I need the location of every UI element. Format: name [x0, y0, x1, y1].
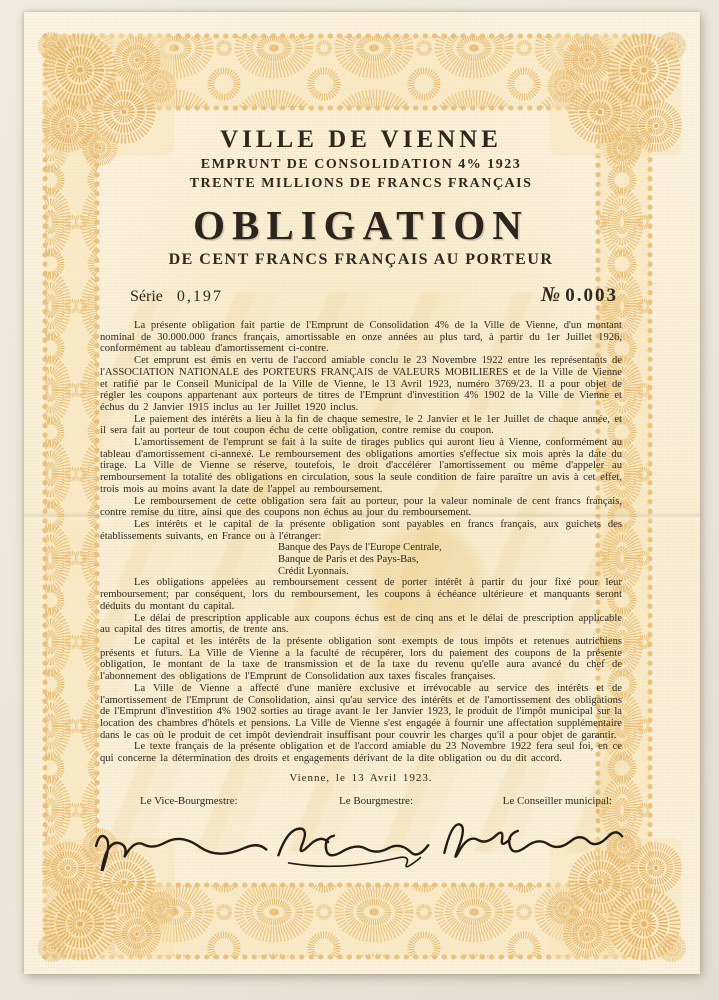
banks-list: Banque des Pays de l'Europe Centrale, Ba…	[278, 542, 622, 577]
bank-item: Banque des Pays de l'Europe Centrale,	[278, 542, 622, 554]
body-paragraph: Le paiement des intérêts a lieu à la fin…	[100, 414, 622, 437]
signature-label-bourgmestre: Le Bourgmestre:	[297, 795, 454, 807]
dateline: Vienne, le 13 Avril 1923.	[100, 772, 622, 784]
photo-backdrop: { "colors":{"accent_gold":"#e9ba6e","acc…	[0, 0, 719, 1000]
certificate-content: VILLE DE VIENNE EMPRUNT DE CONSOLIDATION…	[100, 126, 622, 871]
signatures-row	[100, 809, 622, 871]
body-paragraph: La Ville de Vienne a affecté d'une maniè…	[100, 683, 622, 742]
signature-bourgmestre-flourish	[289, 856, 421, 869]
body-paragraph: Les obligations appelées au remboursemen…	[100, 577, 622, 612]
loan-amount: TRENTE MILLIONS DE FRANCS FRANÇAIS	[100, 176, 622, 192]
series-value: 0,197	[177, 288, 223, 305]
signature-label-vice-bourgmestre: Le Vice-Bourgmestre:	[100, 795, 297, 807]
body-paragraph: Le délai de prescription applicable aux …	[100, 613, 622, 636]
signature-label-conseiller-municipal: Le Conseiller municipal:	[455, 795, 622, 807]
signature-labels-row: Le Vice-Bourgmestre: Le Bourgmestre: Le …	[100, 795, 622, 807]
number-value: 0.003	[565, 285, 618, 306]
handwritten-signatures	[82, 809, 642, 871]
signature-vice-bourgmestre-autograph	[96, 831, 267, 870]
numero-sign: №	[541, 282, 560, 306]
body-paragraph: Le remboursement de cette obligation ser…	[100, 496, 622, 519]
security-type-title: OBLIGATION	[100, 201, 622, 249]
denomination-subtitle: DE CENT FRANCS FRANÇAIS AU PORTEUR	[100, 251, 622, 269]
body-paragraph: L'amortissement de l'emprunt se fait à l…	[100, 437, 622, 496]
body-paragraph: Les intérêts et le capital de la présent…	[100, 519, 622, 542]
series-label: Série	[130, 288, 163, 305]
bond-certificate-paper: VILLE DE VIENNE EMPRUNT DE CONSOLIDATION…	[24, 12, 700, 974]
bank-item: Crédit Lyonnais.	[278, 566, 622, 578]
signature-conseiller-autograph	[444, 820, 623, 857]
series-field: Série0,197	[130, 288, 223, 306]
body-paragraph: Le texte français de la présente obligat…	[100, 741, 622, 764]
number-field: №0.003	[541, 282, 618, 307]
body-paragraph: Le capital et les intérêts de la présent…	[100, 636, 622, 683]
body-text: La présente obligation fait partie de l'…	[100, 320, 622, 765]
loan-title: EMPRUNT DE CONSOLIDATION 4% 1923	[100, 157, 622, 173]
body-paragraph: Cet emprunt est émis en vertu de l'accor…	[100, 355, 622, 414]
serial-row: Série0,197 №0.003	[100, 282, 622, 307]
body-paragraph: La présente obligation fait partie de l'…	[100, 320, 622, 355]
issuer-title: VILLE DE VIENNE	[100, 126, 622, 154]
signature-bourgmestre-autograph	[278, 825, 429, 858]
bank-item: Banque de Paris et des Pays-Bas,	[278, 554, 622, 566]
